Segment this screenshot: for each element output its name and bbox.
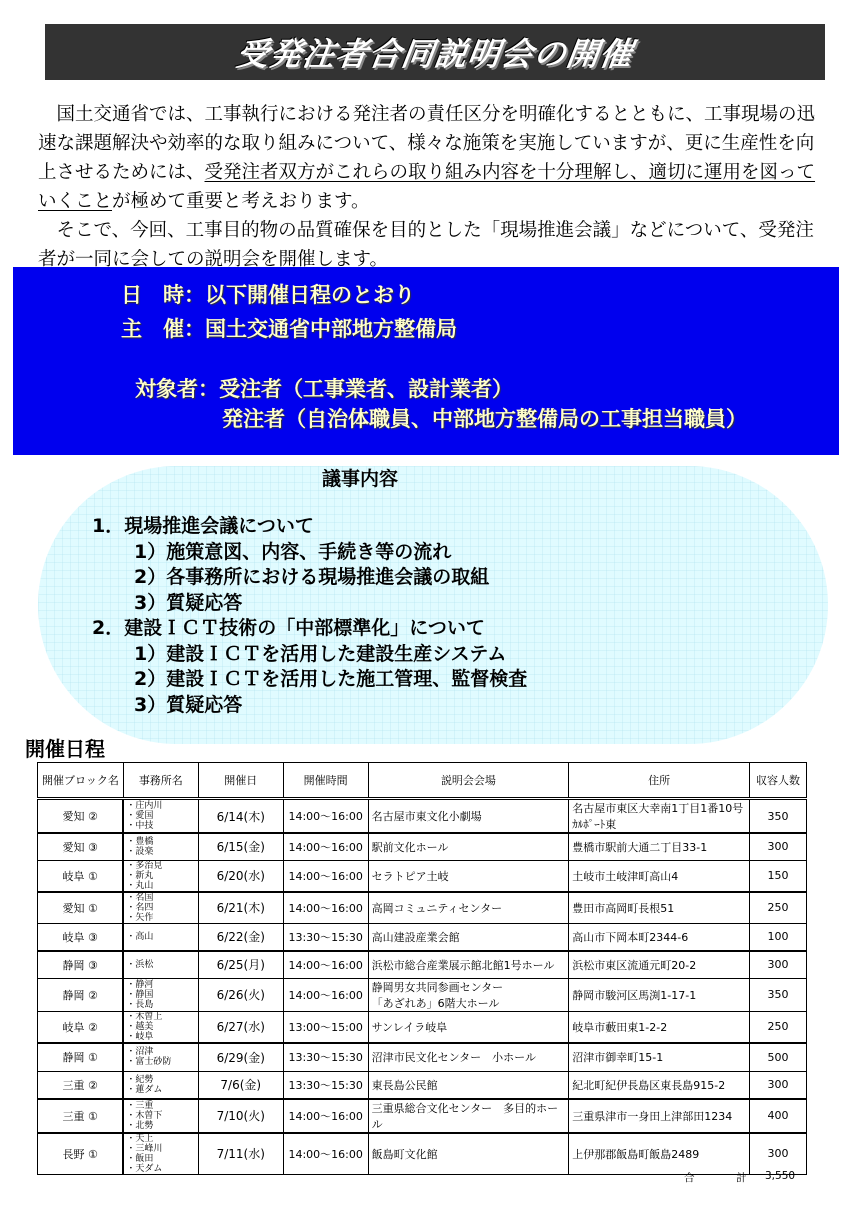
header-address: 住所 (569, 763, 750, 799)
time-cell: 14:00～16:00 (283, 1133, 368, 1175)
block-cell: 静岡 ② (38, 978, 124, 1011)
block-cell: 静岡 ① (38, 1043, 124, 1072)
datetime-label: 日 時： (121, 283, 205, 307)
block-cell: 三重 ① (38, 1099, 124, 1133)
header-capacity: 収容人数 (750, 763, 807, 799)
block-cell: 岐阜 ① (38, 860, 124, 892)
page-title: 受発注者合同説明会の開催 (234, 29, 636, 75)
agenda-subitem: 3）質疑応答 (92, 693, 527, 719)
address-cell: 浜松市東区流通元町20-2 (569, 951, 750, 978)
offices-cell: ・高山 (123, 923, 198, 951)
offices-cell: ・浜松 (123, 951, 198, 978)
table-row: 愛知 ③・豊橋 ・設楽6/15(金)14:00～16:00駅前文化ホール豊橋市駅… (38, 833, 807, 860)
date-cell: 6/21(木) (198, 892, 283, 924)
header-office: 事務所名 (123, 763, 198, 799)
block-cell: 岐阜 ② (38, 1011, 124, 1043)
offices-cell: ・三重 ・木曽下 ・北勢 (123, 1099, 198, 1133)
schedule-table: 開催ブロック名 事務所名 開催日 開催時間 説明会会場 住所 収容人数 愛知 ②… (37, 762, 807, 1175)
host-value: 国土交通省中部地方整備局 (205, 317, 457, 341)
offices-cell: ・庄内川 ・愛国 ・中技 (123, 799, 198, 834)
intro-text-part: が極めて重要と考えおります。 (112, 191, 370, 212)
table-row: 愛知 ①・名国 ・名四 ・矢作6/21(木)14:00～16:00高岡コミュニテ… (38, 892, 807, 924)
agenda-item: 1．現場推進会議について (92, 514, 527, 540)
address-cell: 沼津市御幸町15-1 (569, 1043, 750, 1072)
total-label-1: 合 (684, 1170, 695, 1185)
event-info-box: 日 時：以下開催日程のとおり 主 催：国土交通省中部地方整備局 対象者：受注者（… (13, 267, 839, 455)
offices-cell: ・名国 ・名四 ・矢作 (123, 892, 198, 924)
table-row: 静岡 ③・浜松6/25(月)14:00～16:00浜松市総合産業展示館北館1号ホ… (38, 951, 807, 978)
capacity-cell: 250 (750, 1011, 807, 1043)
address-cell: 三重県津市一身田上津部田1234 (569, 1099, 750, 1133)
capacity-cell: 300 (750, 833, 807, 860)
title-banner: 受発注者合同説明会の開催 (45, 24, 825, 80)
schedule-title: 開催日程 (25, 733, 105, 762)
host-label: 主 催： (121, 317, 205, 341)
capacity-cell: 350 (750, 978, 807, 1011)
time-cell: 14:00～16:00 (283, 892, 368, 924)
capacity-cell: 300 (750, 951, 807, 978)
agenda-subitem: 2）各事務所における現場推進会議の取組 (92, 565, 527, 591)
table-row: 三重 ①・三重 ・木曽下 ・北勢7/10(火)14:00～16:00三重県総合文… (38, 1099, 807, 1133)
block-cell: 愛知 ② (38, 799, 124, 834)
offices-cell: ・紀勢 ・蓮ダム (123, 1072, 198, 1099)
capacity-cell: 300 (750, 1072, 807, 1099)
intro-paragraph-2: そこで、今回、工事目的物の品質確保を目的とした「現場推進会議」などについて、受発… (38, 216, 828, 274)
time-cell: 13:30～15:30 (283, 923, 368, 951)
date-cell: 7/11(水) (198, 1133, 283, 1175)
offices-cell: ・沼津 ・富士砂防 (123, 1043, 198, 1072)
agenda-item: 2．建設ＩＣＴ技術の「中部標準化」について (92, 616, 527, 642)
time-cell: 13:00～15:00 (283, 1011, 368, 1043)
venue-cell: 三重県総合文化センター 多目的ホール (368, 1099, 569, 1133)
time-cell: 14:00～16:00 (283, 1099, 368, 1133)
agenda-title: 議事内容 (322, 464, 398, 491)
offices-cell: ・静河 ・静国 ・長島 (123, 978, 198, 1011)
capacity-cell: 250 (750, 892, 807, 924)
date-cell: 7/10(火) (198, 1099, 283, 1133)
time-cell: 14:00～16:00 (283, 860, 368, 892)
block-cell: 静岡 ③ (38, 951, 124, 978)
capacity-cell: 100 (750, 923, 807, 951)
offices-cell: ・多治見 ・新丸 ・丸山 (123, 860, 198, 892)
capacity-cell: 300 (750, 1133, 807, 1175)
header-time: 開催時間 (283, 763, 368, 799)
datetime-row: 日 時：以下開催日程のとおり (121, 279, 415, 309)
date-cell: 6/22(金) (198, 923, 283, 951)
capacity-cell: 500 (750, 1043, 807, 1072)
header-venue: 説明会会場 (368, 763, 569, 799)
venue-cell: 静岡男女共同参画センター 「あざれあ」6階大ホール (368, 978, 569, 1011)
host-row: 主 催：国土交通省中部地方整備局 (121, 313, 457, 343)
total-value: 3,550 (765, 1170, 795, 1182)
date-cell: 6/27(水) (198, 1011, 283, 1043)
venue-cell: サンレイラ岐阜 (368, 1011, 569, 1043)
header-block: 開催ブロック名 (38, 763, 124, 799)
address-cell: 静岡市駿河区馬渕1-17-1 (569, 978, 750, 1011)
address-cell: 豊田市高岡町長根51 (569, 892, 750, 924)
block-cell: 長野 ① (38, 1133, 124, 1175)
time-cell: 14:00～16:00 (283, 951, 368, 978)
block-cell: 岐阜 ③ (38, 923, 124, 951)
date-cell: 6/25(月) (198, 951, 283, 978)
venue-cell: 浜松市総合産業展示館北館1号ホール (368, 951, 569, 978)
offices-cell: ・木曽上 ・越美 ・岐阜 (123, 1011, 198, 1043)
date-cell: 7/6(金) (198, 1072, 283, 1099)
address-cell: 上伊那郡飯島町飯島2489 (569, 1133, 750, 1175)
venue-cell: セラトピア土岐 (368, 860, 569, 892)
table-row: 三重 ②・紀勢 ・蓮ダム7/6(金)13:30～15:30東長島公民館紀北町紀伊… (38, 1072, 807, 1099)
agenda-subitem: 1）建設ＩＣＴを活用した建設生産システム (92, 642, 527, 668)
address-cell: 紀北町紀伊長島区東長島915-2 (569, 1072, 750, 1099)
table-row: 長野 ①・天上 ・三峰川 ・飯田 ・天ダム7/11(水)14:00～16:00飯… (38, 1133, 807, 1175)
time-cell: 14:00～16:00 (283, 978, 368, 1011)
venue-cell: 沼津市民文化センター 小ホール (368, 1043, 569, 1072)
block-cell: 愛知 ③ (38, 833, 124, 860)
block-cell: 三重 ② (38, 1072, 124, 1099)
intro-text: 国土交通省では、工事執行における発注者の責任区分を明確化するとともに、工事現場の… (38, 100, 828, 274)
offices-cell: ・豊橋 ・設楽 (123, 833, 198, 860)
table-row: 静岡 ①・沼津 ・富士砂防6/29(金)13:30～15:30沼津市民文化センタ… (38, 1043, 807, 1072)
table-row: 静岡 ②・静河 ・静国 ・長島6/26(火)14:00～16:00静岡男女共同参… (38, 978, 807, 1011)
intro-paragraph-1: 国土交通省では、工事執行における発注者の責任区分を明確化するとともに、工事現場の… (38, 100, 828, 216)
venue-cell: 高山建設産業会館 (368, 923, 569, 951)
time-cell: 13:30～15:30 (283, 1072, 368, 1099)
capacity-cell: 350 (750, 799, 807, 834)
header-date: 開催日 (198, 763, 283, 799)
time-cell: 14:00～16:00 (283, 833, 368, 860)
target-row: 対象者：受注者（工事業者、設計業者） (135, 373, 513, 403)
target-value-contractors: 受注者（工事業者、設計業者） (219, 377, 513, 401)
table-row: 岐阜 ③・高山6/22(金)13:30～15:30高山建設産業会館高山市下岡本町… (38, 923, 807, 951)
venue-cell: 東長島公民館 (368, 1072, 569, 1099)
address-cell: 岐阜市藪田東1-2-2 (569, 1011, 750, 1043)
agenda-subitem: 2）建設ＩＣＴを活用した施工管理、監督検査 (92, 667, 527, 693)
address-cell: 高山市下岡本町2344-6 (569, 923, 750, 951)
table-row: 岐阜 ②・木曽上 ・越美 ・岐阜6/27(水)13:00～15:00サンレイラ岐… (38, 1011, 807, 1043)
table-row: 岐阜 ①・多治見 ・新丸 ・丸山6/20(水)14:00～16:00セラトピア土… (38, 860, 807, 892)
time-cell: 14:00～16:00 (283, 799, 368, 834)
table-header-row: 開催ブロック名 事務所名 開催日 開催時間 説明会会場 住所 収容人数 (38, 763, 807, 799)
table-row: 愛知 ②・庄内川 ・愛国 ・中技6/14(木)14:00～16:00名古屋市東文… (38, 799, 807, 834)
capacity-cell: 400 (750, 1099, 807, 1133)
target-row-2: 発注者（自治体職員、中部地方整備局の工事担当職員） (222, 403, 747, 433)
total-label-2: 計 (736, 1170, 747, 1185)
venue-cell: 飯島町文化館 (368, 1133, 569, 1175)
date-cell: 6/26(火) (198, 978, 283, 1011)
capacity-cell: 150 (750, 860, 807, 892)
venue-cell: 駅前文化ホール (368, 833, 569, 860)
agenda-subitem: 1）施策意図、内容、手続き等の流れ (92, 540, 527, 566)
address-cell: 名古屋市東区大幸南1丁目1番10号ｶﾙﾎﾟｰﾄ東 (569, 799, 750, 834)
agenda-subitem: 3）質疑応答 (92, 591, 527, 617)
address-cell: 豊橋市駅前大通二丁目33-1 (569, 833, 750, 860)
venue-cell: 名古屋市東文化小劇場 (368, 799, 569, 834)
offices-cell: ・天上 ・三峰川 ・飯田 ・天ダム (123, 1133, 198, 1175)
address-cell: 土岐市土岐津町高山4 (569, 860, 750, 892)
date-cell: 6/29(金) (198, 1043, 283, 1072)
venue-cell: 高岡コミュニティセンター (368, 892, 569, 924)
target-label: 対象者： (135, 377, 219, 401)
date-cell: 6/15(金) (198, 833, 283, 860)
time-cell: 13:30～15:30 (283, 1043, 368, 1072)
datetime-value: 以下開催日程のとおり (205, 283, 415, 307)
target-value-clients: 発注者（自治体職員、中部地方整備局の工事担当職員） (222, 407, 747, 431)
date-cell: 6/20(水) (198, 860, 283, 892)
block-cell: 愛知 ① (38, 892, 124, 924)
date-cell: 6/14(木) (198, 799, 283, 834)
agenda-list: 1．現場推進会議について 1）施策意図、内容、手続き等の流れ 2）各事務所におけ… (92, 514, 527, 718)
